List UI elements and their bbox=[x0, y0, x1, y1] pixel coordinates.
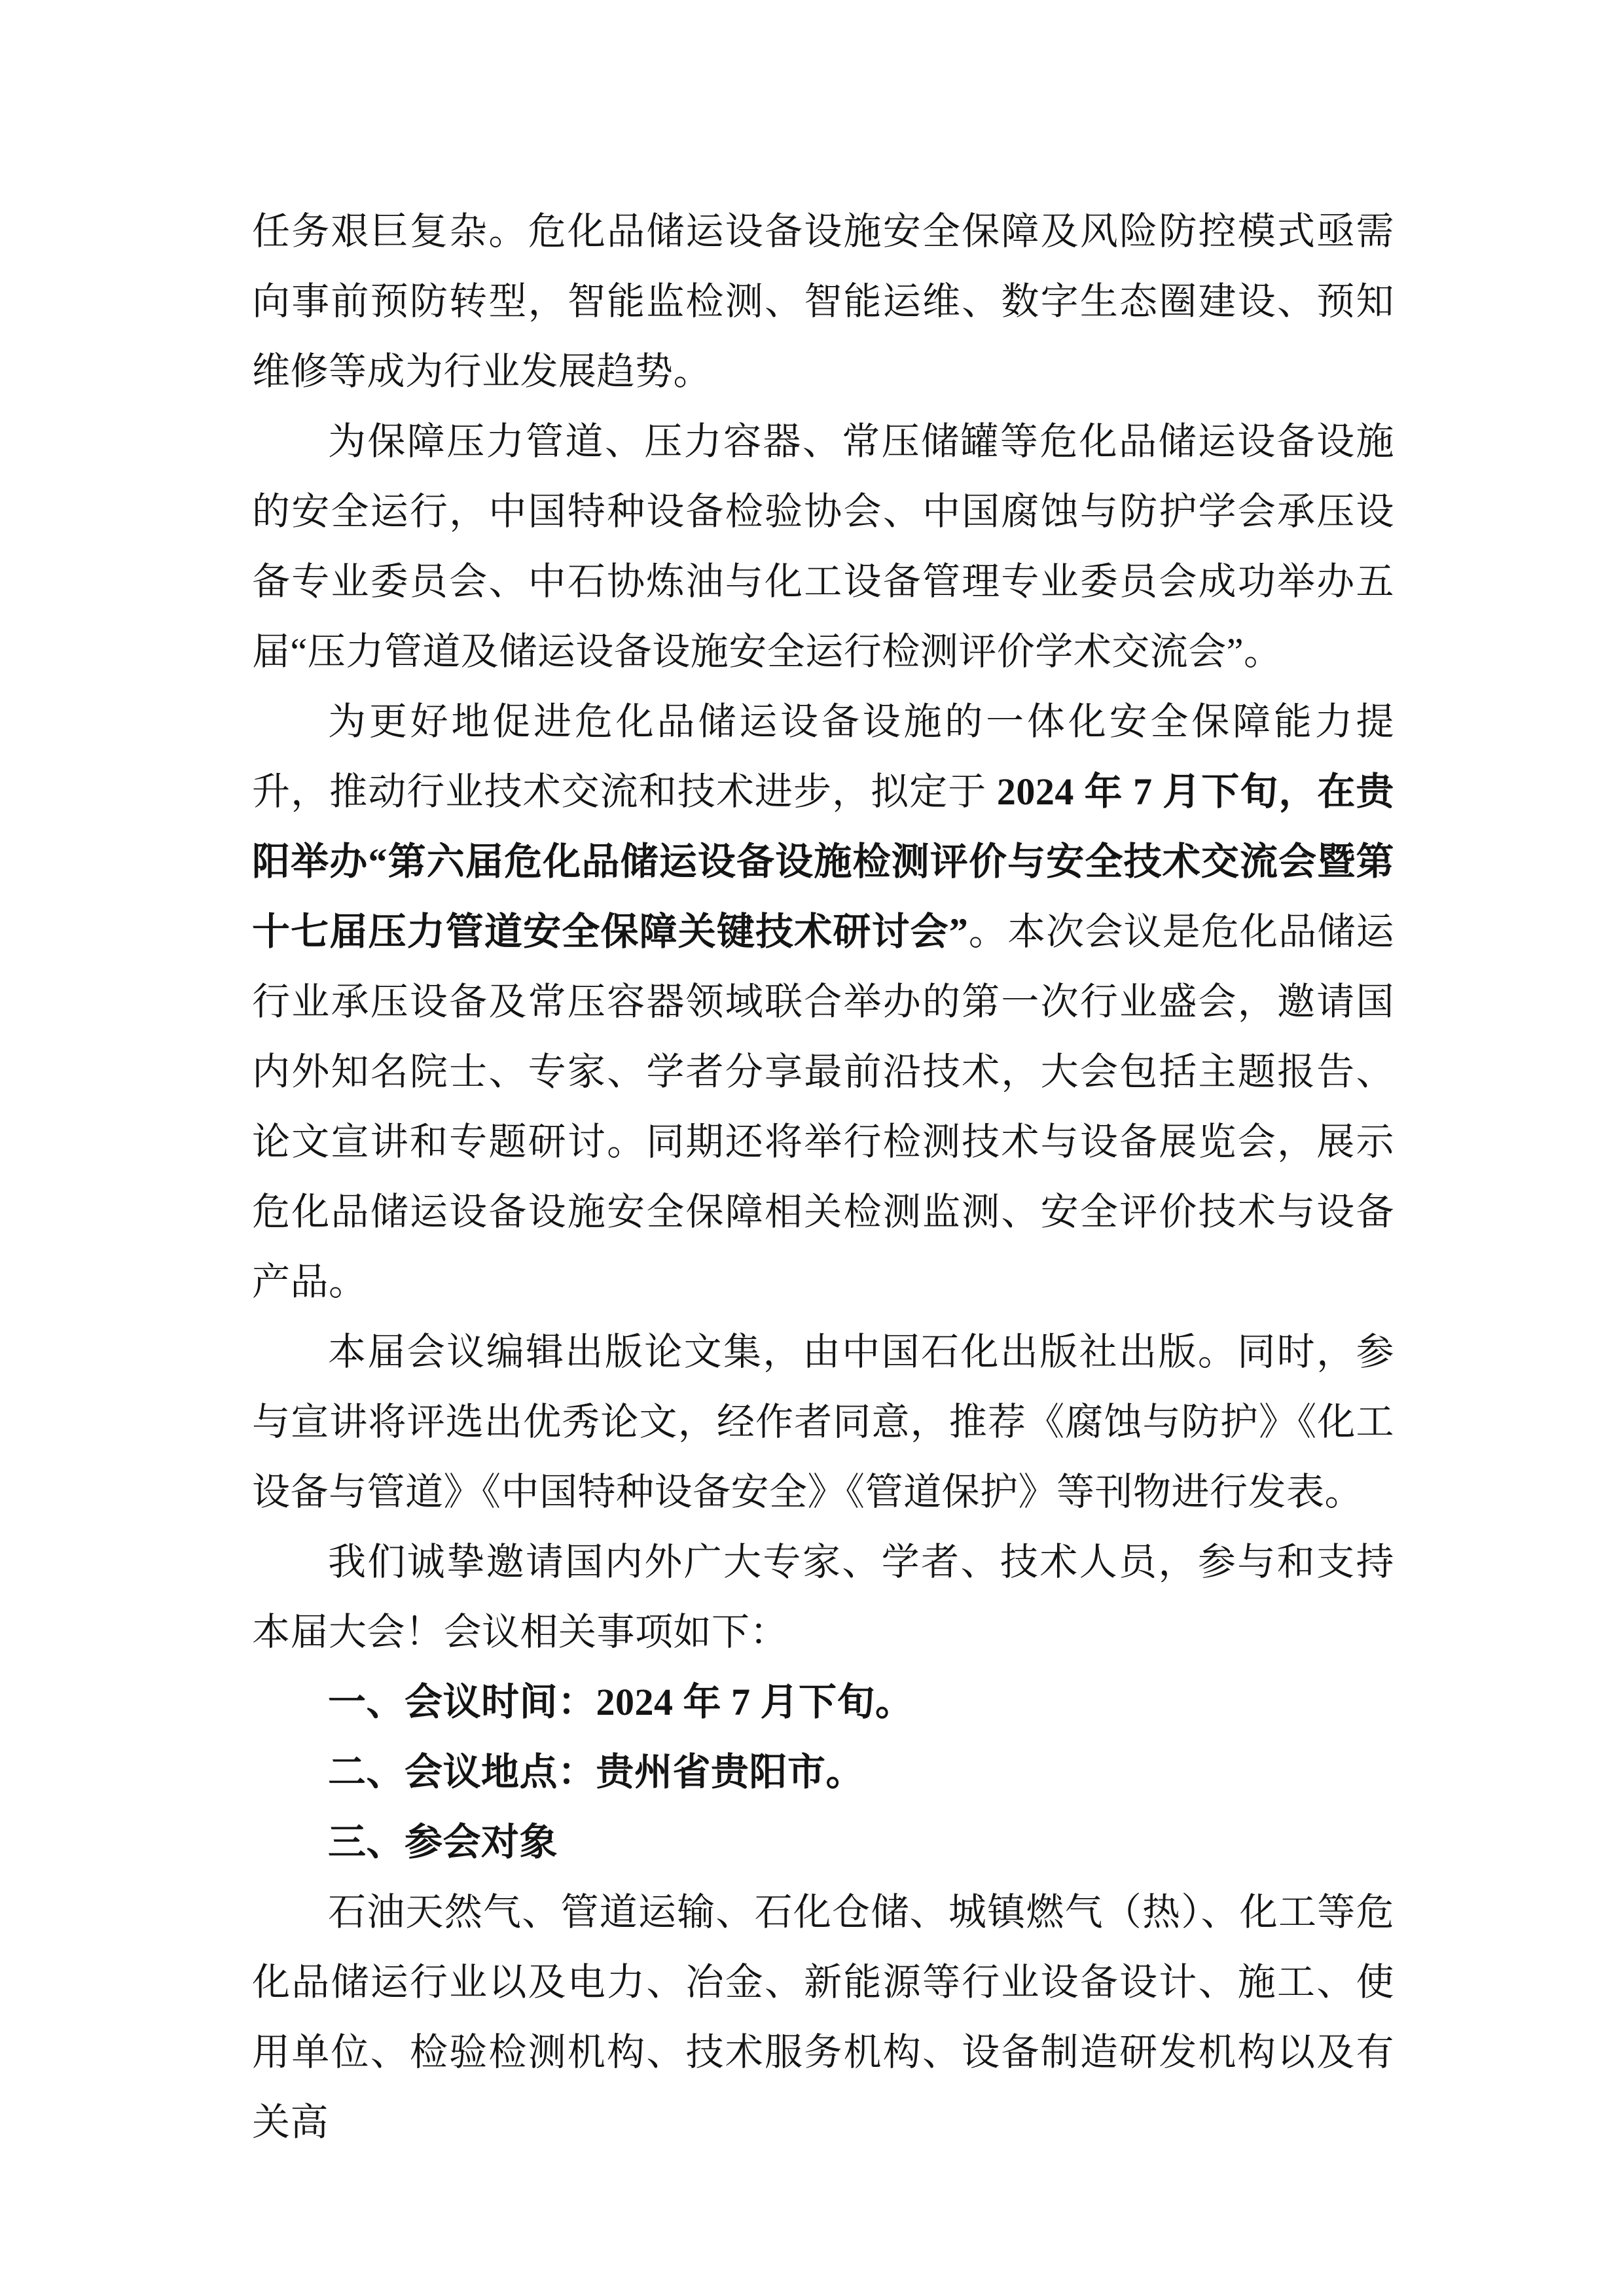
heading-meeting-time: 一、会议时间：2024 年 7 月下旬。 bbox=[252, 1667, 1394, 1737]
announcement-detail-text: 。本次会议是危化品储运行业承压设备及常压容器领域联合举办的第一次行业盛会，邀请国… bbox=[252, 910, 1394, 1303]
document-page: 任务艰巨复杂。危化品储运设备设施安全保障及风险防控模式亟需向事前预防转型，智能监… bbox=[0, 0, 1624, 2296]
paragraph-attendee-scope: 石油天然气、管道运输、石化仓储、城镇燃气（热）、化工等危化品储运行业以及电力、冶… bbox=[252, 1877, 1394, 2157]
paragraph-conference-announcement: 为更好地促进危化品储运设备设施的一体化安全保障能力提升，推动行业技术交流和技术进… bbox=[252, 687, 1394, 1317]
document-content: 任务艰巨复杂。危化品储运设备设施安全保障及风险防控模式亟需向事前预防转型，智能监… bbox=[252, 196, 1394, 2157]
paragraph-invitation: 我们诚挚邀请国内外广大专家、学者、技术人员，参与和支持本届大会！会议相关事项如下… bbox=[252, 1527, 1394, 1667]
paragraph-paper-publication: 本届会议编辑出版论文集，由中国石化出版社出版。同时，参与宣讲将评选出优秀论文，经… bbox=[252, 1317, 1394, 1527]
paragraph-background-history: 为保障压力管道、压力容器、常压储罐等危化品储运设备设施的安全运行，中国特种设备检… bbox=[252, 406, 1394, 687]
heading-meeting-location: 二、会议地点：贵州省贵阳市。 bbox=[252, 1737, 1394, 1807]
paragraph-industry-trend: 任务艰巨复杂。危化品储运设备设施安全保障及风险防控模式亟需向事前预防转型，智能监… bbox=[252, 196, 1394, 406]
heading-attendee-target: 三、参会对象 bbox=[252, 1807, 1394, 1877]
